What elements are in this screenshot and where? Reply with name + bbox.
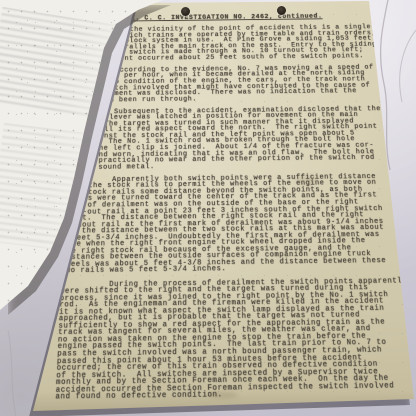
- photo-scene: I. C. C. INVESTIGATION NO. 2462, continu…: [0, 0, 416, 416]
- paragraph-5: During the process of derailment the swi…: [55, 278, 407, 402]
- paragraph-3: Subsequent to the accident, examination …: [65, 106, 391, 171]
- punch-hole-right: [277, 6, 286, 15]
- paragraph-4: Apparently both switch points were a suf…: [61, 174, 399, 276]
- stain: [296, 176, 318, 185]
- stain: [208, 392, 238, 398]
- stain: [150, 300, 160, 305]
- punch-hole-left: [181, 7, 190, 16]
